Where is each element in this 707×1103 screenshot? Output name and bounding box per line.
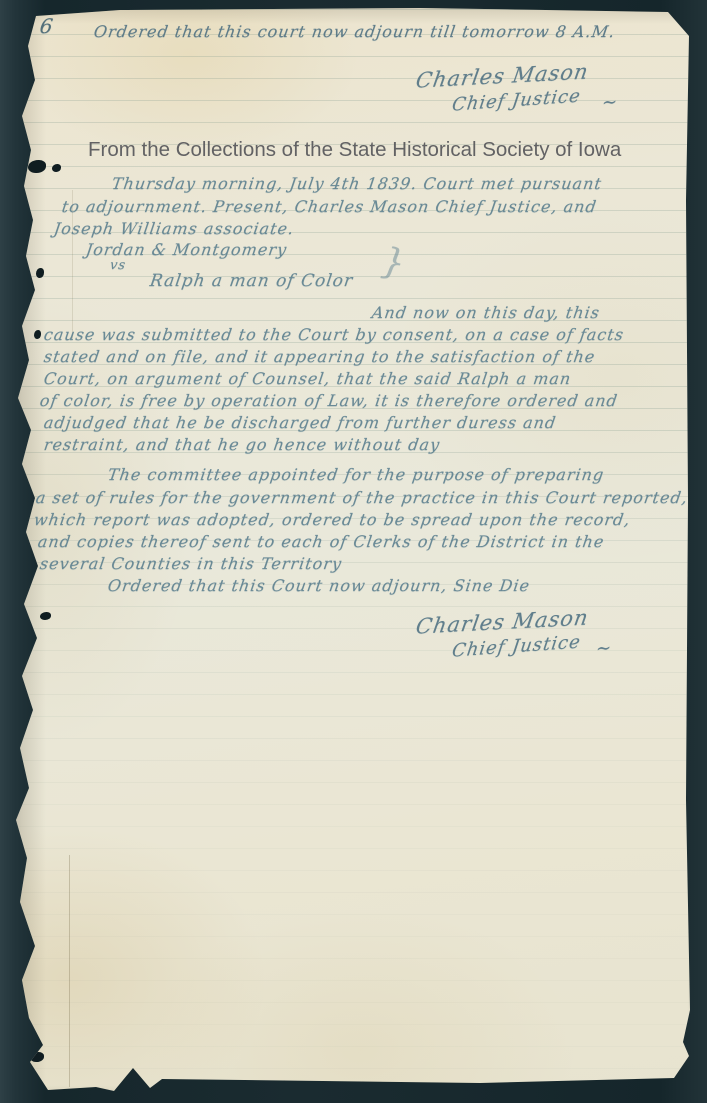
committee-line: a set of rules for the government of the… bbox=[35, 488, 690, 507]
signature-flourish: ~ bbox=[601, 91, 620, 113]
torn-edge-speck bbox=[36, 268, 44, 278]
ruling-line: of color, is free by operation of Law, i… bbox=[39, 391, 620, 410]
ruling-line: And now on this day, this bbox=[371, 303, 602, 322]
ruling-line: adjudged that he be discharged from furt… bbox=[43, 413, 558, 432]
torn-edge-speck bbox=[52, 164, 61, 172]
case-plaintiff: Jordan & Montgomery bbox=[85, 240, 289, 259]
watermark: From the Collections of the State Histor… bbox=[88, 138, 621, 162]
ruling-line: Court, on argument of Counsel, that the … bbox=[43, 369, 573, 388]
case-defendant: Ralph a man of Color bbox=[149, 271, 355, 291]
ruling-line: cause was submitted to the Court by cons… bbox=[43, 325, 626, 344]
manuscript-page bbox=[0, 0, 707, 1103]
ruled-lines bbox=[0, 0, 707, 1103]
sine-die-line: Ordered that this Court now adjourn, Sin… bbox=[107, 576, 532, 595]
committee-line: several Counties in this Territory bbox=[39, 554, 344, 573]
torn-edge-speck bbox=[34, 330, 41, 339]
committee-line: which report was adopted, ordered to be … bbox=[33, 510, 632, 529]
manuscript-photo: 6 Ordered that this court now adjourn ti… bbox=[0, 0, 707, 1103]
ruling-line: restraint, and that he go hence without … bbox=[43, 435, 442, 454]
torn-edge-speck bbox=[28, 160, 46, 173]
torn-edge-speck bbox=[40, 612, 51, 620]
signature-flourish: ~ bbox=[595, 637, 614, 659]
session-opening-line: Joseph Williams associate. bbox=[53, 219, 296, 238]
ruling-line: stated and on file, and it appearing to … bbox=[43, 347, 597, 366]
paper-edge-shadow bbox=[0, 0, 707, 1103]
paper-crease bbox=[69, 855, 70, 1087]
committee-line: and copies thereof sent to each of Clerk… bbox=[37, 532, 606, 551]
session-opening-line: to adjournment. Present, Charles Mason C… bbox=[61, 197, 599, 216]
session-opening-line: Thursday morning, July 4th 1839. Court m… bbox=[111, 174, 604, 193]
committee-line: The committee appointed for the purpose … bbox=[107, 465, 606, 484]
torn-edge-speck bbox=[30, 1052, 44, 1062]
adjourn-entry-line: Ordered that this court now adjourn till… bbox=[93, 22, 617, 41]
case-versus: vs bbox=[109, 258, 127, 273]
